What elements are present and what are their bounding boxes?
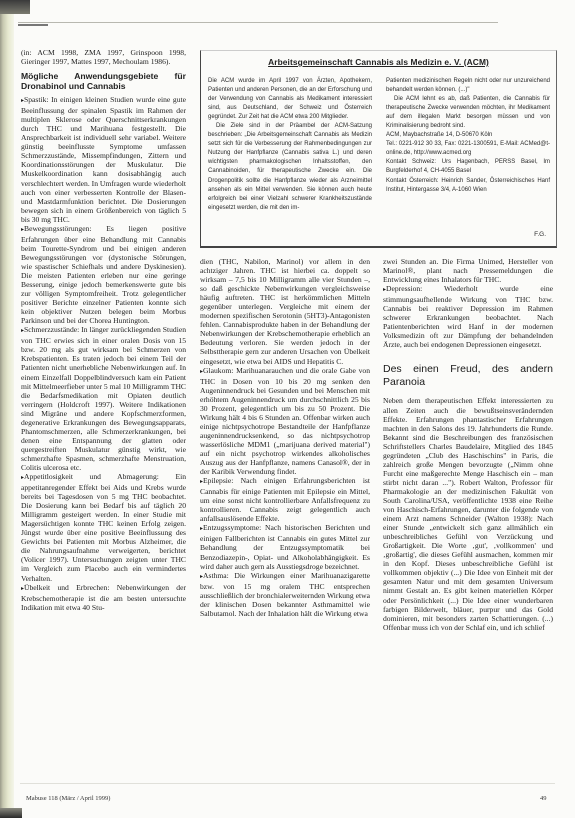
footer-publication: Mabuse 118 (März / April 1999) [26, 795, 110, 802]
column-2: dien (THC, Nabilon, Marinol) vor allem i… [200, 257, 370, 618]
scan-binding-shadow-top [0, 0, 30, 14]
section-heading-paranoia: Des einen Freud, des andern Paranoia [383, 363, 553, 388]
bottom-rule [20, 783, 555, 784]
paragraph-schmerzzustaende: Schmerzzustände: In länger zurückliegend… [21, 325, 186, 472]
paragraph-epilepsie: Epilepsie: Nach einigen Erfahrungsberich… [200, 476, 370, 523]
page-number: 49 [540, 795, 547, 802]
paragraph-appetitlosigkeit: Appetitlosigkeit und Abmagerung: Ein app… [21, 472, 186, 583]
box-columns: Die ACM wurde im April 1997 von Ärzten, … [208, 77, 550, 213]
section-heading-anwendungsgebiete: Mögliche Anwendungsgebiete für Dronabino… [21, 71, 186, 91]
box-paragraph: Patienten medizinischen Regeln nicht ode… [386, 77, 550, 95]
box-contact-switzerland: Kontakt Schweiz: Urs Hagenbach, PERSS Ba… [386, 158, 550, 176]
box-contact-austria: Kontakt Österreich: Heinrich Sander, Öst… [386, 177, 550, 195]
paragraph-spastik: Spastik: In einigen kleinen Studien wurd… [21, 95, 186, 224]
top-dash [18, 24, 48, 26]
paragraph-depression: Depression: Wiederholt wurde eine stimmu… [383, 284, 553, 349]
paragraph-uebelkeit: Übelkeit und Erbrechen: Nebenwirkungen d… [21, 583, 186, 612]
paragraph-chemotherapie: dien (THC, Nabilon, Marinol) vor allem i… [200, 257, 370, 366]
acm-info-box: Arbeitsgemeinschaft Cannabis als Medizin… [200, 50, 557, 248]
box-column-right: Patienten medizinischen Regeln nicht ode… [386, 77, 550, 213]
paragraph-entzugssymptome: Entzugssymptome: Nach historischen Beric… [200, 523, 370, 570]
column-1: (in: ACM 1998, ZMA 1997, Grinspoon 1998,… [21, 48, 186, 612]
box-column-left: Die ACM wurde im April 1997 von Ärzten, … [208, 77, 372, 213]
paragraph-bewegungsstoerungen: Bewegungsstörungen: Es liegen positive E… [21, 224, 186, 326]
intro-text: (in: ACM 1998, ZMA 1997, Grinspoon 1998,… [21, 48, 186, 66]
scan-binding-shadow-bottom [0, 808, 22, 818]
paragraph-glaukom: Glaukom: Marihuanarauchen und die orale … [200, 366, 370, 477]
box-title: Arbeitsgemeinschaft Cannabis als Medizin… [201, 57, 556, 67]
paragraph-asthma: Asthma: Die Wirkungen einer Marihuanazig… [200, 571, 370, 618]
paragraph-bewusstseinseffekte: Neben dem therapeutischen Effekt interes… [383, 396, 553, 631]
box-paragraph: Die Ziele sind in der Präambel der ACM-S… [208, 122, 372, 212]
paragraph-inhalator: zwei Stunden an. Die Firma Unimed, Herst… [383, 257, 553, 284]
box-paragraph: Die ACM lehnt es ab, daß Patienten, die … [386, 95, 550, 131]
top-rule [18, 22, 498, 23]
box-contact: Tel.: 0221-912 30 33, Fax: 0221-1300591,… [386, 140, 550, 158]
column-3: zwei Stunden an. Die Firma Unimed, Herst… [383, 257, 553, 632]
box-address: ACM, Maybachstraße 14, D-50670 Köln [386, 131, 550, 140]
box-paragraph: Die ACM wurde im April 1997 von Ärzten, … [208, 77, 372, 122]
box-signature: F.G. [534, 231, 546, 238]
scan-binding-edge [0, 0, 14, 818]
